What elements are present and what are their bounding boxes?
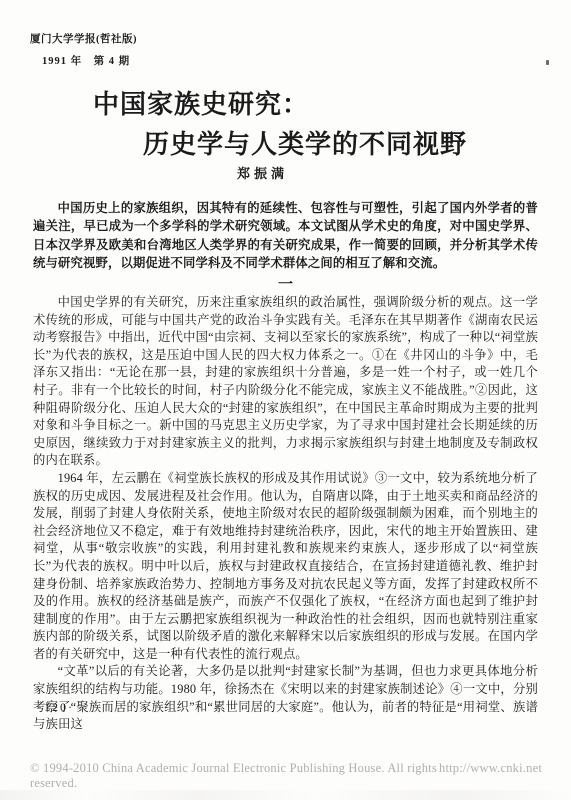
article-title-line2: 历史学与人类学的不同视野: [0, 124, 571, 161]
journal-header: 厦门大学学报(哲社版) 1991 年 第 4 期: [30, 31, 137, 68]
cnki-url: http://www.cnki.net: [439, 761, 542, 791]
journal-name: 厦门大学学报(哲社版): [30, 31, 137, 46]
scan-artifact-bottom-edge: [0, 790, 571, 800]
body-paragraph: 中国史学界的有关研究，历来注重家族组织的政治属性，强调阶级分析的观点。这一学术传…: [33, 294, 538, 470]
body-paragraph: 1964 年，左云鹏在《祠堂族长族权的形成及其作用试说》③一文中，较为系统地分析…: [33, 470, 538, 664]
body-paragraph: “文革”以后的有关论著，大多仍是以批判“封建家长制”为基调，但也力求更具体地分析…: [33, 663, 538, 733]
journal-issue: 1991 年 第 4 期: [42, 53, 137, 68]
article-title-line1: 中国家族史研究：: [0, 84, 571, 121]
footer-copyright-bar: © 1994-2010 China Academic Journal Elect…: [30, 761, 542, 791]
scanned-journal-page: 厦门大学学报(哲社版) 1991 年 第 4 期 中国家族史研究： 历史学与人类…: [0, 0, 571, 800]
page-number: ·120·: [38, 700, 74, 715]
scan-artifact-speck: [546, 60, 549, 65]
article-title: 中国家族史研究： 历史学与人类学的不同视野: [0, 84, 571, 161]
section-one-marker: 一: [0, 273, 571, 294]
abstract-paragraph: 中国历史上的家族组织，因其特有的延续性、包容性与可塑性，引起了国内外学者的普遍关…: [33, 199, 538, 273]
author-name: 郑振满: [237, 163, 288, 182]
copyright-text: © 1994-2010 China Academic Journal Elect…: [30, 761, 439, 791]
article-body: 中国史学界的有关研究，历来注重家族组织的政治属性，强调阶级分析的观点。这一学术传…: [33, 294, 538, 734]
